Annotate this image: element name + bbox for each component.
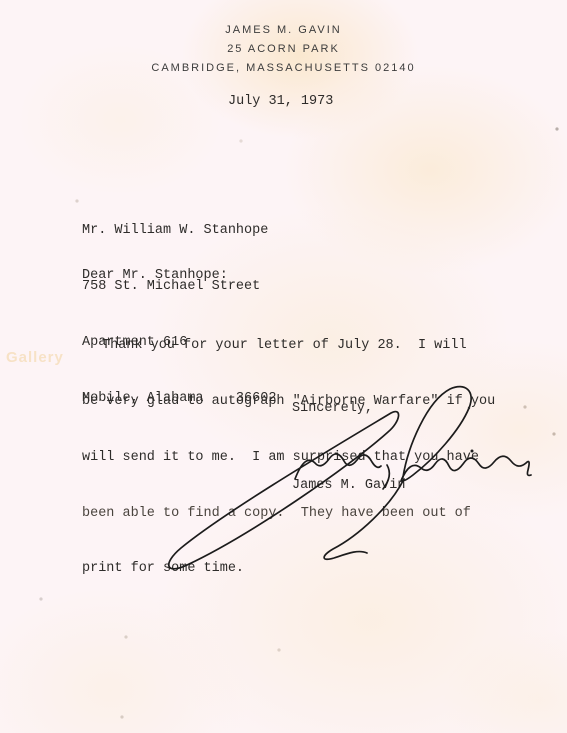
recipient-line: Mr. William W. Stanhope [82, 222, 276, 241]
paper-specks [0, 0, 2, 2]
signature-stroke [295, 454, 381, 479]
letterhead-street: 25 ACORN PARK [0, 40, 567, 59]
letter-page: Gallery JAMES M. GAVIN 25 ACORN PARK CAM… [0, 0, 567, 733]
signature-stroke [401, 456, 531, 481]
signature-stroke [169, 412, 399, 569]
watermark: Gallery [6, 349, 64, 366]
signature-i-dot [471, 450, 474, 453]
salutation: Dear Mr. Stanhope: [82, 267, 228, 286]
letterhead: JAMES M. GAVIN 25 ACORN PARK CAMBRIDGE, … [0, 21, 567, 78]
signature-stroke [324, 479, 404, 559]
body-line: Thank you for your letter of July 28. I … [82, 337, 495, 356]
letterhead-city: CAMBRIDGE, MASSACHUSETTS 02140 [0, 59, 567, 78]
letterhead-name: JAMES M. GAVIN [0, 21, 567, 40]
letter-date: July 31, 1973 [228, 93, 333, 112]
signature-ink [140, 372, 565, 572]
signature-pen-dot [468, 407, 470, 409]
signature-stroke [383, 465, 389, 489]
